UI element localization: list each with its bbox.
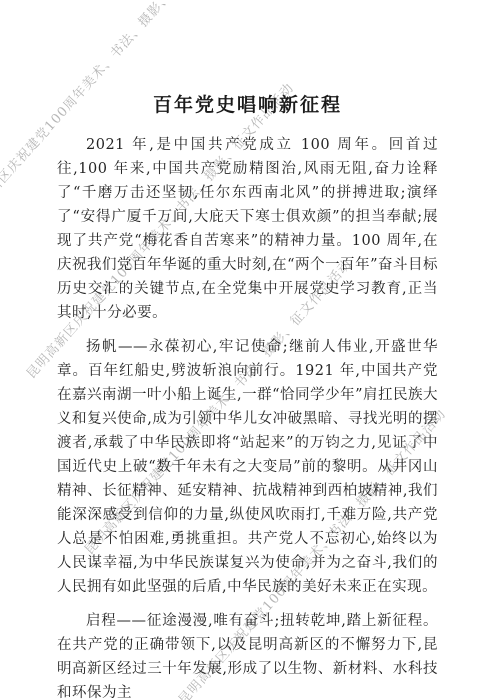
- paragraph-2: 扬帆——永葆初心,牢记使命;继前人伟业,开盛世华章。百年红船史,劈波斩浪向前行。…: [57, 335, 438, 599]
- paragraph-1: 2021 年,是中国共产党成立 100 周年。回首过往,100 年来,中国共产党…: [57, 133, 438, 325]
- document-title: 百年党史唱响新征程: [57, 90, 438, 117]
- document-page: 百年党史唱响新征程 2021 年,是中国共产党成立 100 周年。回首过往,10…: [0, 0, 495, 700]
- paragraph-3: 启程——征途漫漫,唯有奋斗;扭转乾坤,踏上新征程。在共产党的正确带领下,以及昆明…: [57, 609, 438, 700]
